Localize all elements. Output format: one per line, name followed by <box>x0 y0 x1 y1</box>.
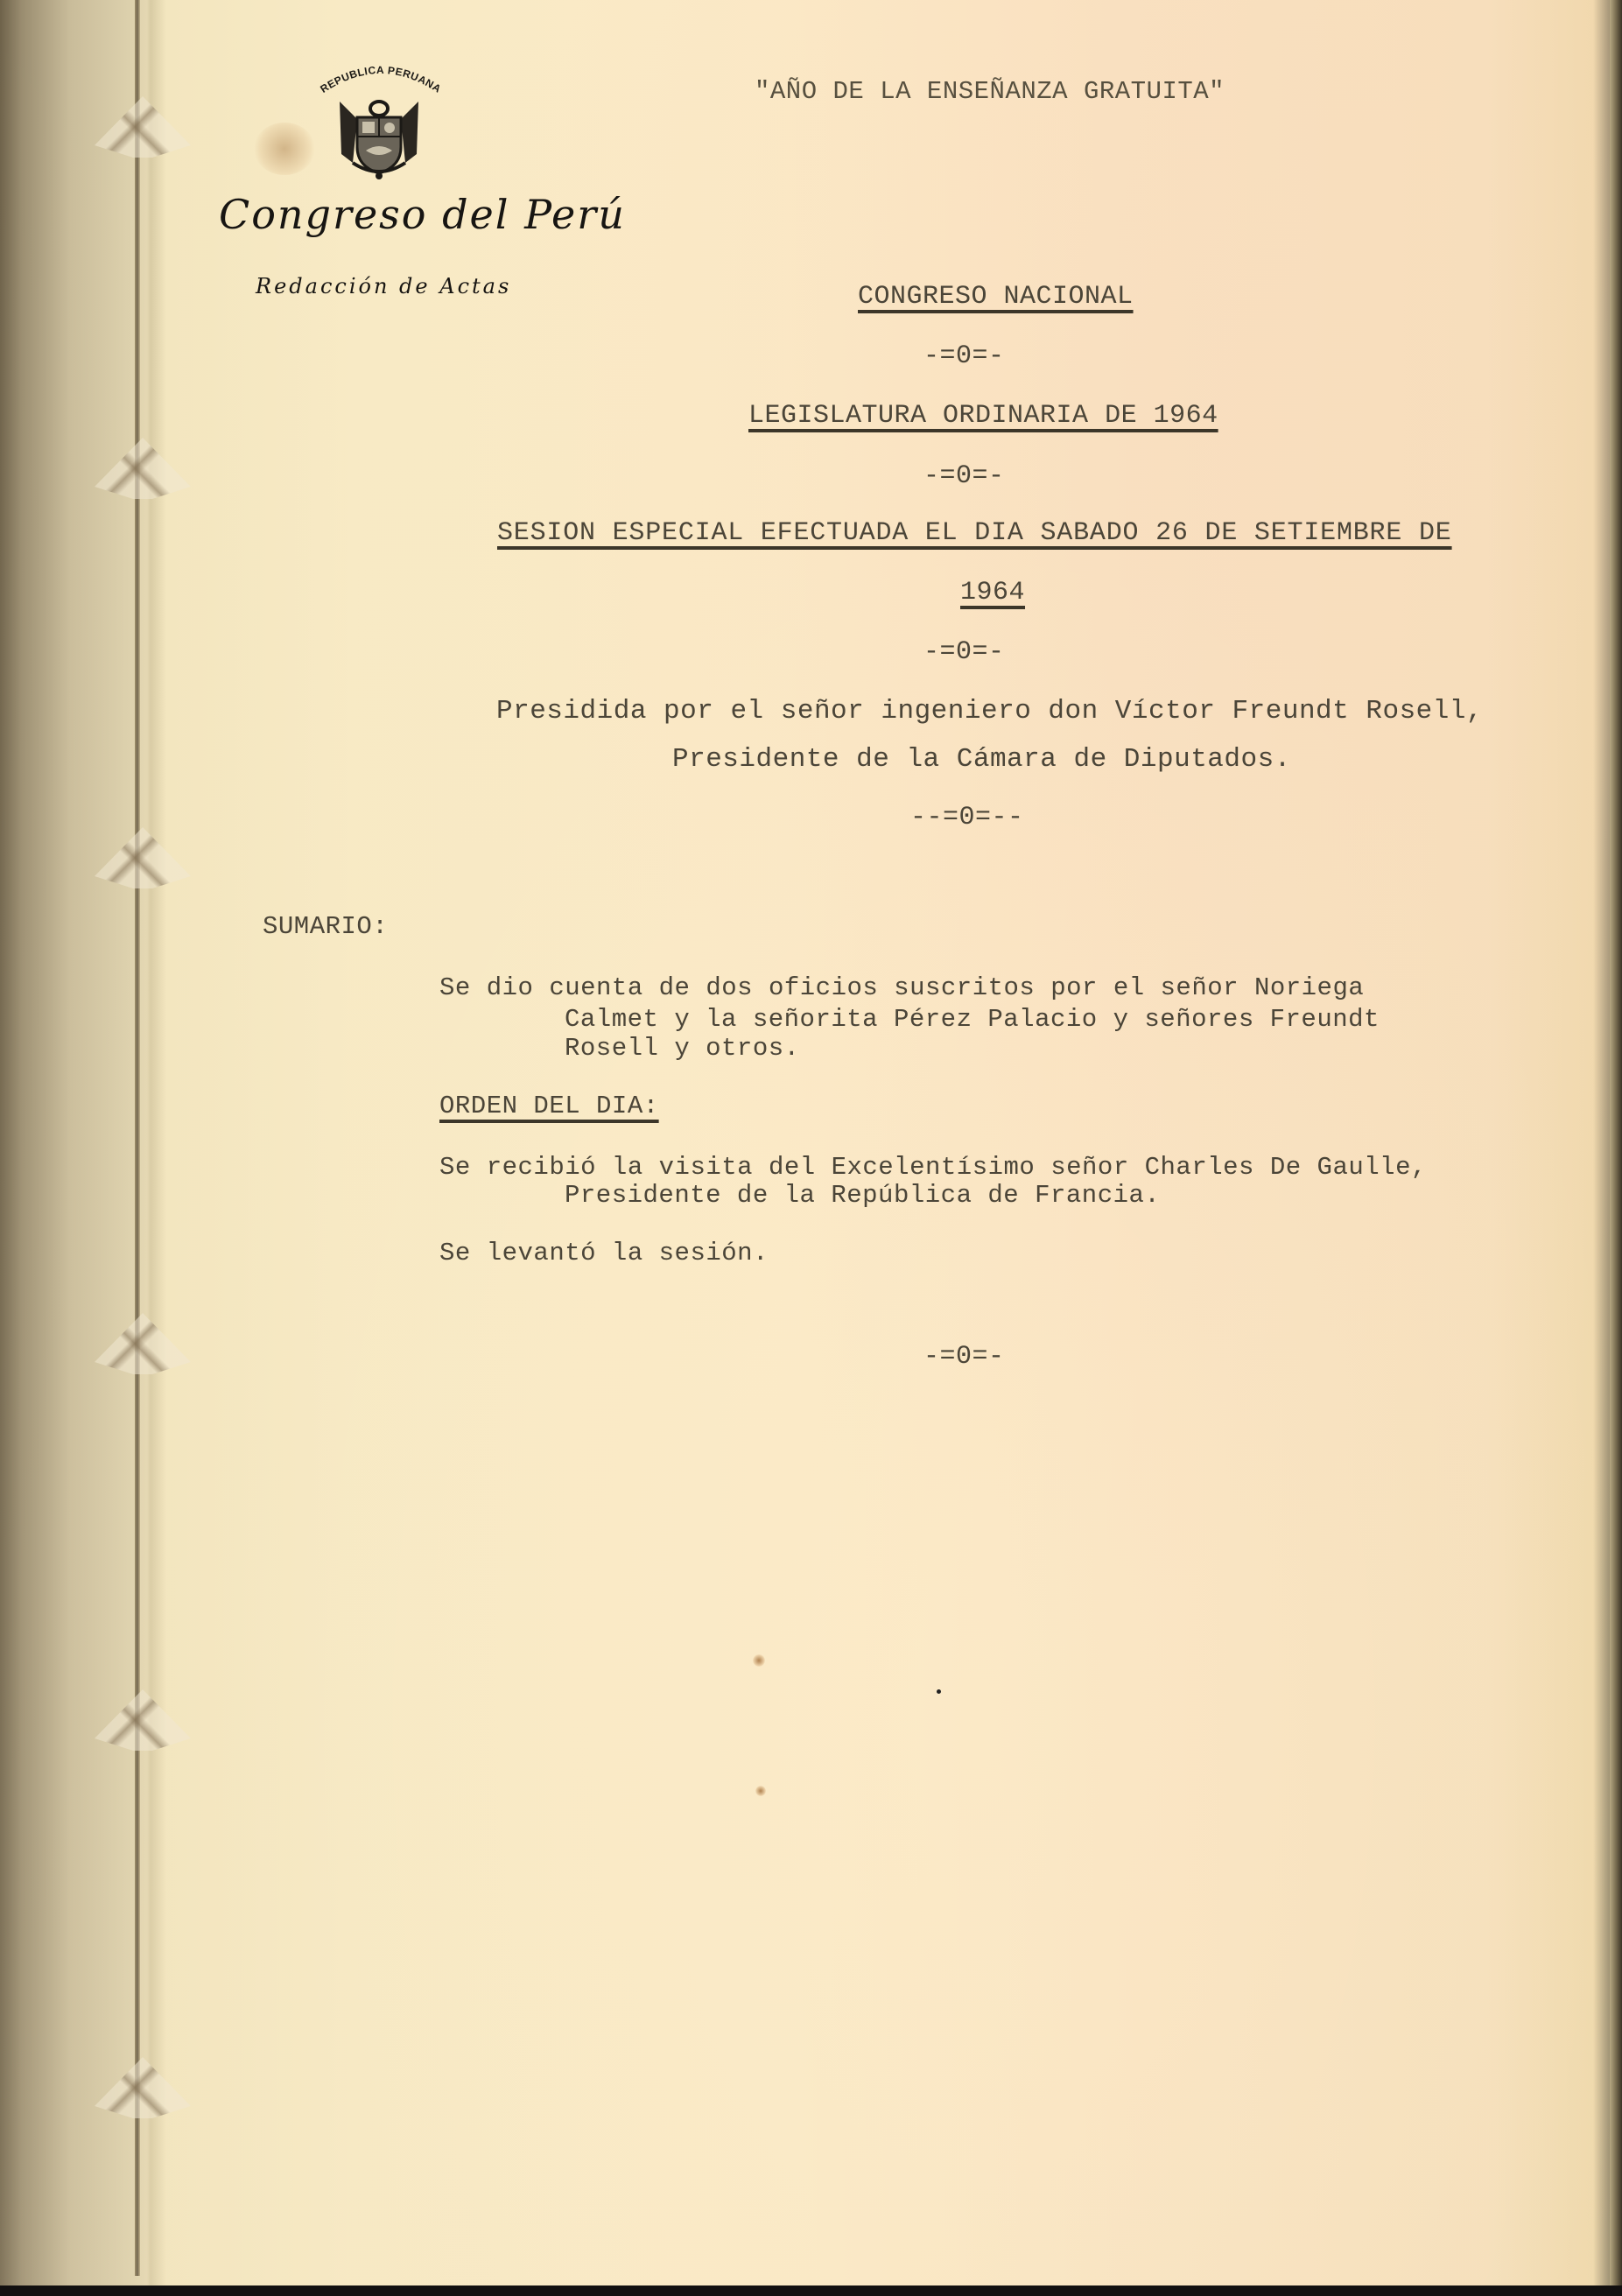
orden-item-line: Se recibió la visita del Excelentísimo s… <box>439 1153 1427 1182</box>
paper-stain <box>254 123 315 175</box>
scanned-document-page: REPUBLICA PERUANA Congreso del Perú Reda… <box>0 0 1622 2296</box>
heading-session: SESION ESPECIAL EFECTUADA EL DIA SABADO … <box>497 518 1452 548</box>
scan-border <box>0 2285 1622 2296</box>
binding-stitch <box>95 96 191 158</box>
presiding-line: Presidente de la Cámara de Diputados. <box>672 744 1291 775</box>
heading-legislatura: LEGISLATURA ORDINARIA DE 1964 <box>748 401 1218 431</box>
republica-peruana-arc: REPUBLICA PERUANA <box>319 60 442 95</box>
separator: --=0=-- <box>910 803 1024 832</box>
separator: -=0=- <box>923 461 1005 491</box>
orden-item-line: Presidente de la República de Francia. <box>565 1181 1160 1210</box>
separator: -=0=- <box>923 1342 1005 1372</box>
paper-stain <box>755 1786 766 1796</box>
heading-congreso-nacional: CONGRESO NACIONAL <box>858 282 1134 312</box>
page-edge <box>1610 0 1622 2296</box>
sumario-item-line: Se dio cuenta de dos oficios suscritos p… <box>439 973 1364 1002</box>
binding-fold <box>135 0 140 2276</box>
binding-stitch <box>95 2057 191 2118</box>
binding-stitch <box>95 827 191 888</box>
institution-name: Congreso del Perú <box>219 191 534 238</box>
binding-stitch <box>95 438 191 499</box>
presiding-line: Presidida por el señor ingeniero don Víc… <box>496 696 1483 727</box>
sumario-label: SUMARIO: <box>263 912 388 941</box>
paper-stain <box>753 1654 765 1667</box>
department-name: Redacción de Actas <box>256 274 536 298</box>
separator: -=0=- <box>923 341 1005 371</box>
ink-speck <box>937 1689 941 1694</box>
sumario-item-line: Rosell y otros. <box>565 1034 800 1063</box>
heading-session-year: 1964 <box>960 578 1025 607</box>
separator: -=0=- <box>923 637 1005 667</box>
orden-del-dia-label: ORDEN DEL DIA: <box>439 1092 659 1120</box>
peru-coat-of-arms-icon <box>331 93 427 180</box>
binding-stitch <box>95 1689 191 1751</box>
binding-stitch <box>95 1313 191 1374</box>
sumario-item-line: Calmet y la señorita Pérez Palacio y señ… <box>565 1005 1380 1034</box>
year-motto: "AÑO DE LA ENSEÑANZA GRATUITA" <box>755 77 1225 106</box>
orden-item-line: Se levantó la sesión. <box>439 1239 769 1267</box>
svg-text:REPUBLICA PERUANA: REPUBLICA PERUANA <box>319 64 442 95</box>
